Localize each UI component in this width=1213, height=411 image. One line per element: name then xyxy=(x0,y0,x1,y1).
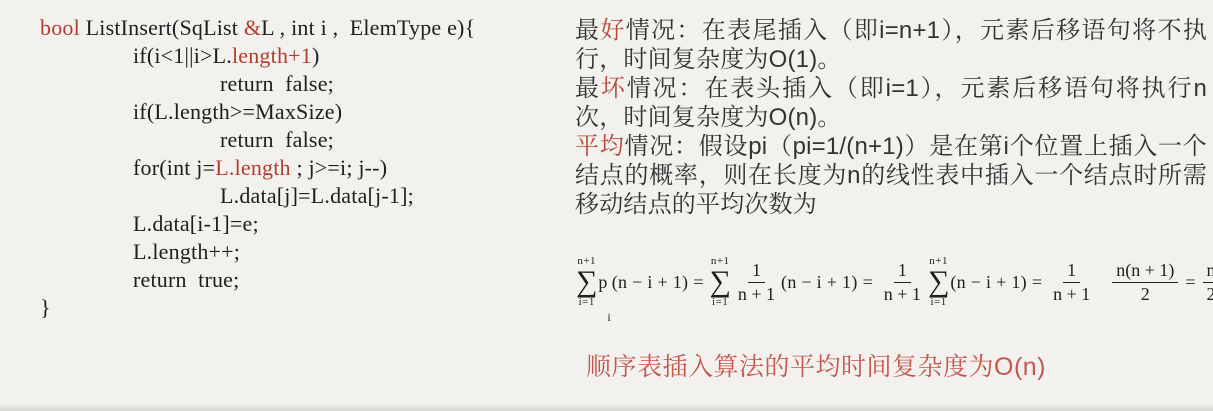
equals-sign: = xyxy=(1032,272,1042,293)
code-line-return-true: return true; xyxy=(40,266,475,294)
conclusion-text: 顺序表插入算法的平均时间复杂度为O(n) xyxy=(586,352,1046,382)
analysis-paragraph-worst-case: 最坏情况：在表头插入（即i=1），元素后移语句将执行n次，时间复杂度为O(n)。 xyxy=(575,74,1207,132)
code-line-shift: L.data[j]=L.data[j-1]; xyxy=(40,182,475,210)
code-segment: } xyxy=(40,295,51,320)
p-variable: p xyxy=(598,272,607,293)
code-line-return-false-2: return false; xyxy=(40,126,475,154)
summation-3: n+1∑i=1 xyxy=(928,256,949,308)
fraction-numerator: n(n + 1) xyxy=(1112,262,1178,283)
equals-sign: = xyxy=(693,272,703,293)
fraction-numerator: 1 xyxy=(748,262,765,283)
code-segment: L , int i , ElemType e){ xyxy=(261,15,475,40)
code-line-return-false-1: return false; xyxy=(40,70,475,98)
average-moves-formula: n+1∑i=1 pi (n − i + 1) = n+1∑i=1 1n + 1 … xyxy=(575,243,1211,321)
code-line-if-maxsize: if(L.length>=MaxSize) xyxy=(40,98,475,126)
fraction-denominator: 2 xyxy=(1203,283,1213,303)
code-segment: ListInsert(SqList xyxy=(80,15,244,40)
fraction-numerator: n xyxy=(1203,262,1213,283)
code-line-length-inc: L.length++; xyxy=(40,238,475,266)
sum-lower-limit: i=1 xyxy=(931,297,947,308)
sigma-icon: ∑ xyxy=(928,267,949,297)
sigma-icon: ∑ xyxy=(709,267,730,297)
fraction-1-over-n-plus-1: 1n + 1 xyxy=(734,262,779,303)
analysis-paragraph-best-case: 最好情况：在表尾插入（即i=n+1），元素后移语句将不执行，时间复杂度为O(1)… xyxy=(575,16,1207,74)
p-subscript: i xyxy=(607,310,610,325)
code-line-if-range: if(i<1||i>L.length+1) xyxy=(40,42,475,70)
term-n-i-1: (n − i + 1) xyxy=(950,272,1027,293)
sum-lower-limit: i=1 xyxy=(712,297,728,308)
code-line-assign: L.data[i-1]=e; xyxy=(40,210,475,238)
analysis-text-segment: 情况：假设pi（pi=1/(n+1)）是在第i个位置上插入一个结点的概率，则在长… xyxy=(575,133,1207,218)
code-segment: return true; xyxy=(133,267,239,292)
code-line-closing-brace: } xyxy=(40,294,475,322)
fraction-n-n-plus-1-over-2: n(n + 1)2 xyxy=(1112,262,1178,303)
code-line-signature: bool ListInsert(SqList &L , int i , Elem… xyxy=(40,14,475,42)
analysis-text-segment: 最 xyxy=(575,75,601,102)
summation-1: n+1∑i=1 xyxy=(576,256,597,308)
analysis-text: 最好情况：在表尾插入（即i=n+1），元素后移语句将不执行，时间复杂度为O(1)… xyxy=(575,16,1207,219)
analysis-keyword-best: 好 xyxy=(600,17,625,44)
equals-sign: = xyxy=(863,272,873,293)
analysis-text-segment: 情况：在表头插入（即i=1），元素后移语句将执行n次，时间复杂度为O(n)。 xyxy=(575,75,1207,131)
fraction-denominator: n + 1 xyxy=(880,283,925,303)
analysis-paragraph-average-case: 平均情况：假设pi（pi=1/(n+1)）是在第i个位置上插入一个结点的概率，则… xyxy=(575,132,1207,219)
code-segment: L.data[i-1]=e; xyxy=(133,211,259,236)
code-segment: L.data[j]=L.data[j-1]; xyxy=(220,183,414,208)
code-segment: length+1 xyxy=(232,43,312,68)
code-line-for: for(int j=L.length ; j>=i; j--) xyxy=(40,154,475,182)
fraction-denominator: 2 xyxy=(1137,283,1154,303)
code-segment: L.length xyxy=(215,155,291,180)
analysis-text-segment: 情况：在表尾插入（即i=n+1），元素后移语句将不执行，时间复杂度为O(1)。 xyxy=(575,17,1207,73)
code-block: bool ListInsert(SqList &L , int i , Elem… xyxy=(40,14,475,322)
code-segment: & xyxy=(244,15,261,40)
fraction-1-over-n-plus-1: 1n + 1 xyxy=(1049,262,1094,303)
fraction-denominator: n + 1 xyxy=(734,283,779,303)
term-n-i-1: (n − i + 1) xyxy=(612,272,689,293)
fraction-numerator: 1 xyxy=(894,262,911,283)
code-segment: for(int j= xyxy=(133,155,215,180)
sum-lower-limit: i=1 xyxy=(579,297,595,308)
code-segment: return false; xyxy=(220,127,334,152)
fraction-denominator: n + 1 xyxy=(1049,283,1094,303)
fraction-n-over-2: n2 xyxy=(1203,262,1213,303)
equals-sign: = xyxy=(1185,272,1195,293)
summation-2: n+1∑i=1 xyxy=(709,256,730,308)
slide: bool ListInsert(SqList &L , int i , Elem… xyxy=(0,0,1213,411)
code-segment: return false; xyxy=(220,71,334,96)
code-keyword: bool xyxy=(40,15,80,40)
analysis-text-segment: 最 xyxy=(575,17,600,44)
analysis-keyword-average: 平均 xyxy=(575,133,625,160)
code-segment: if(i<1||i>L. xyxy=(133,43,232,68)
fraction-1-over-n-plus-1: 1n + 1 xyxy=(880,262,925,303)
code-segment: ) xyxy=(312,43,320,68)
fraction-numerator: 1 xyxy=(1063,262,1080,283)
term-n-i-1: (n − i + 1) xyxy=(781,272,858,293)
code-segment: if(L.length>=MaxSize) xyxy=(133,99,342,124)
sigma-icon: ∑ xyxy=(576,267,597,297)
code-segment: ; j>=i; j--) xyxy=(291,155,387,180)
analysis-keyword-worst: 坏 xyxy=(601,75,627,102)
code-segment: L.length++; xyxy=(133,239,240,264)
